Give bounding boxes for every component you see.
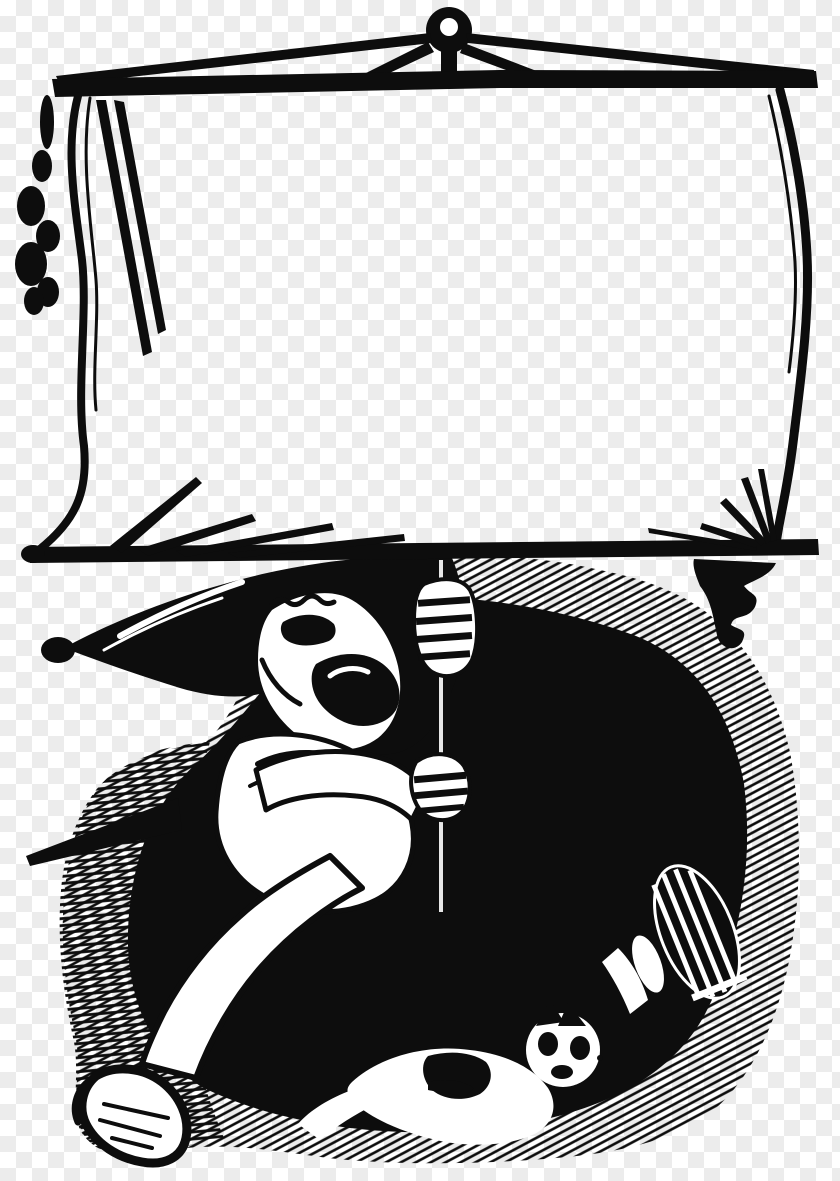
lower-finger-gaps xyxy=(412,772,468,814)
engraving-illustration: Black-and-white vintage engraving of a l… xyxy=(0,0,840,1181)
blank-banner-field xyxy=(100,100,760,535)
cap-tip-tassel xyxy=(41,637,75,663)
eye xyxy=(281,615,336,646)
top-crossbar xyxy=(52,70,818,97)
cat-muzzle xyxy=(551,1065,573,1079)
cat-whisker-dot xyxy=(597,1055,603,1061)
lower-hand-grip xyxy=(411,754,470,820)
left-banner-edge xyxy=(40,96,166,549)
left-corner-tassels xyxy=(15,95,60,315)
upper-hand-grip xyxy=(414,579,477,676)
banner-frame xyxy=(15,7,819,563)
cat-eye-patch-right xyxy=(570,1036,590,1060)
transparent-checkerboard-background: Black-and-white vintage engraving of a l… xyxy=(0,0,840,1181)
cat-eye-patch-left xyxy=(538,1032,558,1056)
right-banner-edge xyxy=(769,90,808,544)
